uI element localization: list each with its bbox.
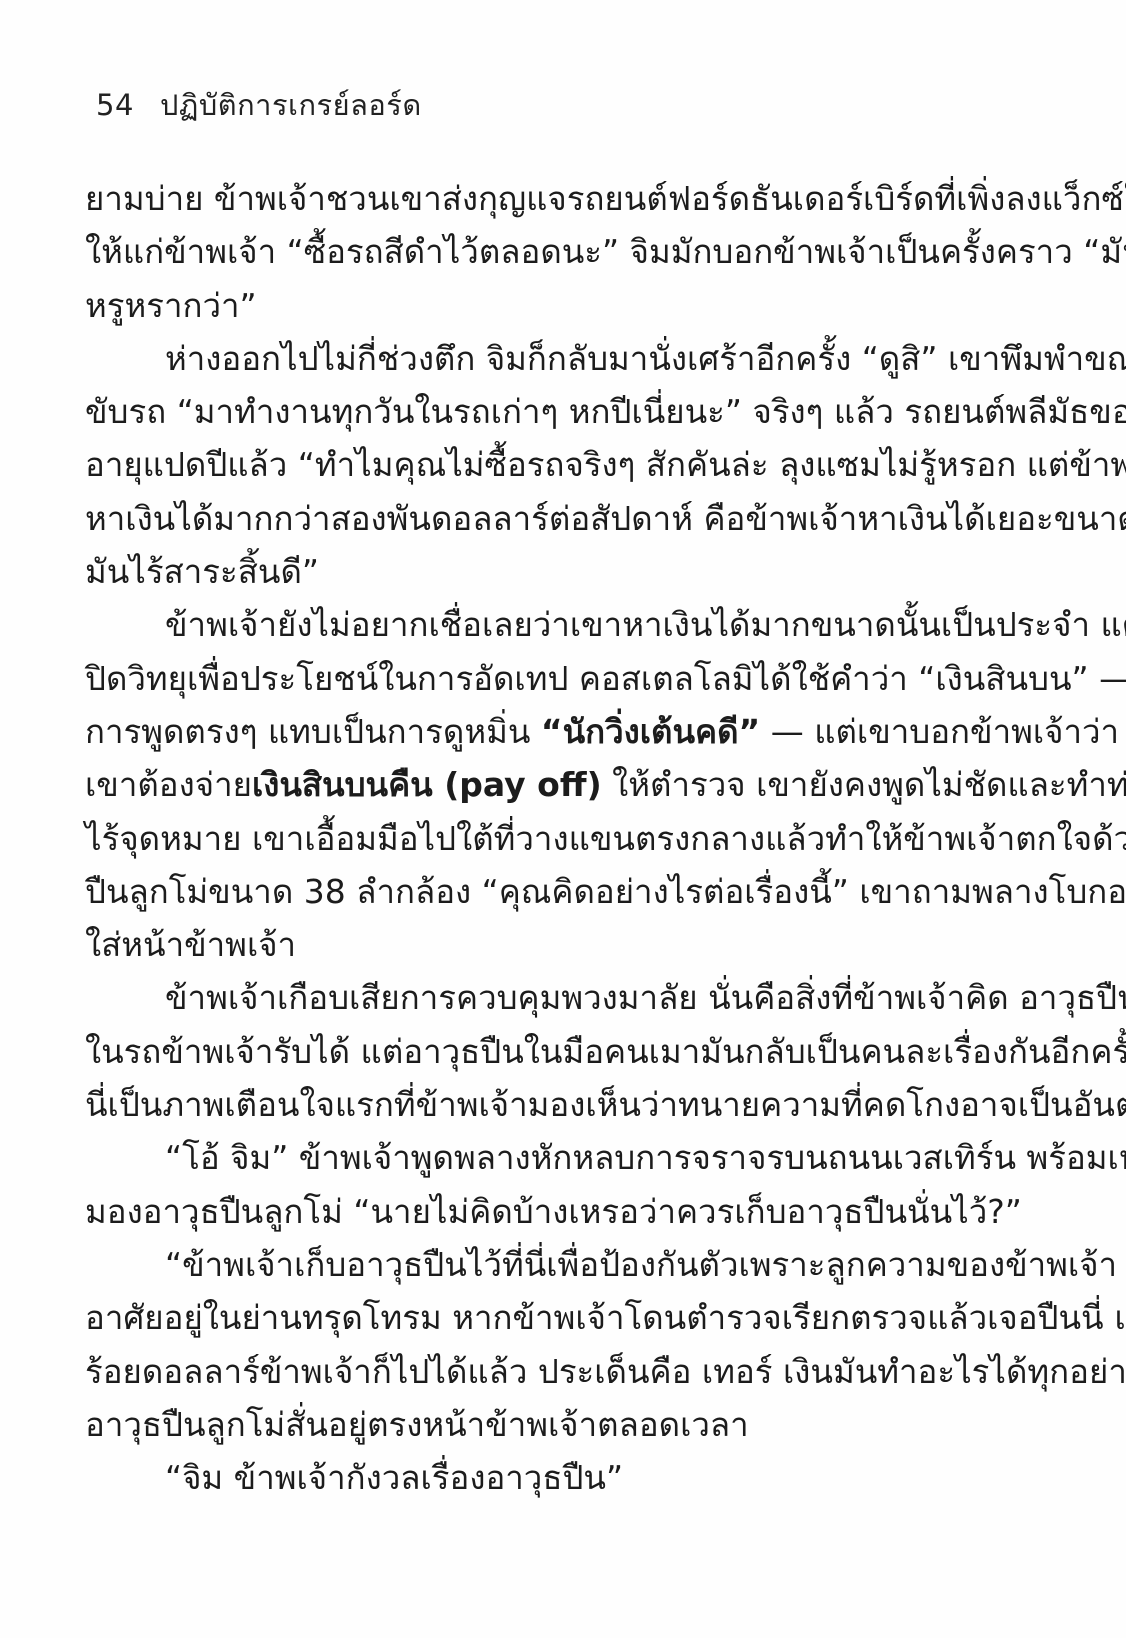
text-segment: ข้าพเจ้าเกือบเสียการควบคุมพวงมาลัย นั่นค… [165, 978, 1126, 1017]
text-segment: อายุแปดปีแล้ว “ทำไมคุณไม่ซื้อรถจริงๆ สัก… [85, 445, 1126, 484]
text-line: ห่างออกไปไม่กี่ช่วงตึก จิมก็กลับมานั่งเศ… [85, 332, 1045, 385]
emphasized-text: เงินสินบนคืน (pay off) [252, 765, 602, 804]
text-segment: “จิม ข้าพเจ้ากังวลเรื่องอาวุธปืน” [165, 1458, 623, 1497]
text-line: นี่เป็นภาพเตือนใจแรกที่ข้าพเจ้ามองเห็นว่… [85, 1078, 1045, 1131]
text-line: มันไร้สาระสิ้นดี” [85, 545, 1045, 598]
book-page: 54 ปฏิบัติการเกรย์ลอร์ด ยามบ่าย ข้าพเจ้า… [0, 0, 1126, 1638]
text-segment: ยามบ่าย ข้าพเจ้าชวนเขาส่งกุญแจรถยนต์ฟอร์… [85, 179, 1126, 218]
text-line: ในรถข้าพเจ้ารับได้ แต่อาวุธปืนในมือคนเมา… [85, 1025, 1045, 1078]
text-segment: ปิดวิทยุเพื่อประโยชน์ในการอัดเทป คอสเตลโ… [85, 659, 1126, 698]
text-line: เขาต้องจ่ายเงินสินบนคืน (pay off) ให้ตำร… [85, 758, 1045, 811]
text-line: “จิม ข้าพเจ้ากังวลเรื่องอาวุธปืน” [85, 1451, 1045, 1504]
text-line: อาวุธปืนลูกโม่สั่นอยู่ตรงหน้าข้าพเจ้าตลอ… [85, 1398, 1045, 1451]
text-line: การพูดตรงๆ แทบเป็นการดูหมิ่น “นักวิ่งเต้… [85, 705, 1045, 758]
emphasized-text: “นักวิ่งเต้นคดี” [541, 712, 760, 751]
text-line: ขับรถ “มาทำงานทุกวันในรถเก่าๆ หกปีเนี่ยน… [85, 385, 1045, 438]
text-line: ข้าพเจ้าเกือบเสียการควบคุมพวงมาลัย นั่นค… [85, 971, 1045, 1024]
text-segment: ปืนลูกโม่ขนาด 38 ลำกล้อง “คุณคิดอย่างไรต… [85, 872, 1126, 911]
text-segment: เขาต้องจ่าย [85, 765, 252, 804]
text-segment: ห่างออกไปไม่กี่ช่วงตึก จิมก็กลับมานั่งเศ… [165, 339, 1126, 378]
paragraph: “จิม ข้าพเจ้ากังวลเรื่องอาวุธปืน” [85, 1451, 1045, 1504]
text-segment: “โอ้ จิม” ข้าพเจ้าพูดพลางหักหลบการจราจรบ… [165, 1138, 1126, 1177]
text-line: ให้แก่ข้าพเจ้า “ซื้อรถสีดำไว้ตลอดนะ” จิม… [85, 225, 1045, 278]
running-title: ปฏิบัติการเกรย์ลอร์ด [160, 84, 422, 126]
text-segment: อาวุธปืนลูกโม่สั่นอยู่ตรงหน้าข้าพเจ้าตลอ… [85, 1405, 749, 1444]
text-line: หรูหรากว่า” [85, 279, 1045, 332]
paragraph: ข้าพเจ้ายังไม่อยากเชื่อเลยว่าเขาหาเงินได… [85, 598, 1045, 971]
body-text: ยามบ่าย ข้าพเจ้าชวนเขาส่งกุญแจรถยนต์ฟอร์… [85, 172, 1045, 1504]
text-segment: — แต่เขาบอกข้าพเจ้าว่า [760, 712, 1119, 751]
text-line: มองอาวุธปืนลูกโม่ “นายไม่คิดบ้างเหรอว่าค… [85, 1185, 1045, 1238]
text-segment: “ข้าพเจ้าเก็บอาวุธปืนไว้ที่นี่เพื่อป้องก… [165, 1245, 1117, 1284]
text-segment: มันไร้สาระสิ้นดี” [85, 552, 319, 591]
text-line: อายุแปดปีแล้ว “ทำไมคุณไม่ซื้อรถจริงๆ สัก… [85, 438, 1045, 491]
text-line: ยามบ่าย ข้าพเจ้าชวนเขาส่งกุญแจรถยนต์ฟอร์… [85, 172, 1045, 225]
text-line: อาศัยอยู่ในย่านทรุดโทรม หากข้าพเจ้าโดนตำ… [85, 1291, 1045, 1344]
paragraph: “โอ้ จิม” ข้าพเจ้าพูดพลางหักหลบการจราจรบ… [85, 1131, 1045, 1238]
text-line: ปิดวิทยุเพื่อประโยชน์ในการอัดเทป คอสเตลโ… [85, 652, 1045, 705]
text-line: “โอ้ จิม” ข้าพเจ้าพูดพลางหักหลบการจราจรบ… [85, 1131, 1045, 1184]
text-segment: การพูดตรงๆ แทบเป็นการดูหมิ่น [85, 712, 541, 751]
paragraph: ห่างออกไปไม่กี่ช่วงตึก จิมก็กลับมานั่งเศ… [85, 332, 1045, 598]
text-line: “ข้าพเจ้าเก็บอาวุธปืนไว้ที่นี่เพื่อป้องก… [85, 1238, 1045, 1291]
paragraph: ข้าพเจ้าเกือบเสียการควบคุมพวงมาลัย นั่นค… [85, 971, 1045, 1131]
text-segment: ร้อยดอลลาร์ข้าพเจ้าก็ไปได้แล้ว ประเด็นคื… [85, 1352, 1126, 1391]
page-number: 54 [96, 84, 138, 126]
text-segment: ให้ตำรวจ เขายังคงพูดไม่ชัดและทำท่าทาง [602, 765, 1126, 804]
text-line: ปืนลูกโม่ขนาด 38 ลำกล้อง “คุณคิดอย่างไรต… [85, 865, 1045, 918]
text-segment: นี่เป็นภาพเตือนใจแรกที่ข้าพเจ้ามองเห็นว่… [85, 1085, 1126, 1124]
running-head: 54 ปฏิบัติการเกรย์ลอร์ด [96, 84, 1045, 126]
text-segment: ในรถข้าพเจ้ารับได้ แต่อาวุธปืนในมือคนเมา… [85, 1032, 1126, 1071]
text-segment: ให้แก่ข้าพเจ้า “ซื้อรถสีดำไว้ตลอดนะ” จิม… [85, 232, 1126, 271]
paragraph: “ข้าพเจ้าเก็บอาวุธปืนไว้ที่นี่เพื่อป้องก… [85, 1238, 1045, 1451]
text-segment: ไร้จุดหมาย เขาเอื้อมมือไปใต้ที่วางแขนตรง… [85, 819, 1126, 858]
text-segment: หรูหรากว่า” [85, 286, 257, 325]
text-segment: ใส่หน้าข้าพเจ้า [85, 925, 296, 964]
text-segment: มองอาวุธปืนลูกโม่ “นายไม่คิดบ้างเหรอว่าค… [85, 1192, 1022, 1231]
text-line: หาเงินได้มากกว่าสองพันดอลลาร์ต่อสัปดาห์ … [85, 492, 1045, 545]
text-segment: หาเงินได้มากกว่าสองพันดอลลาร์ต่อสัปดาห์ … [85, 499, 1126, 538]
text-line: ไร้จุดหมาย เขาเอื้อมมือไปใต้ที่วางแขนตรง… [85, 812, 1045, 865]
text-segment: ขับรถ “มาทำงานทุกวันในรถเก่าๆ หกปีเนี่ยน… [85, 392, 1126, 431]
paragraph: ยามบ่าย ข้าพเจ้าชวนเขาส่งกุญแจรถยนต์ฟอร์… [85, 172, 1045, 332]
text-line: ร้อยดอลลาร์ข้าพเจ้าก็ไปได้แล้ว ประเด็นคื… [85, 1345, 1045, 1398]
text-segment: ข้าพเจ้ายังไม่อยากเชื่อเลยว่าเขาหาเงินได… [165, 605, 1126, 644]
text-segment: อาศัยอยู่ในย่านทรุดโทรม หากข้าพเจ้าโดนตำ… [85, 1298, 1126, 1337]
text-line: ใส่หน้าข้าพเจ้า [85, 918, 1045, 971]
text-line: ข้าพเจ้ายังไม่อยากเชื่อเลยว่าเขาหาเงินได… [85, 598, 1045, 651]
